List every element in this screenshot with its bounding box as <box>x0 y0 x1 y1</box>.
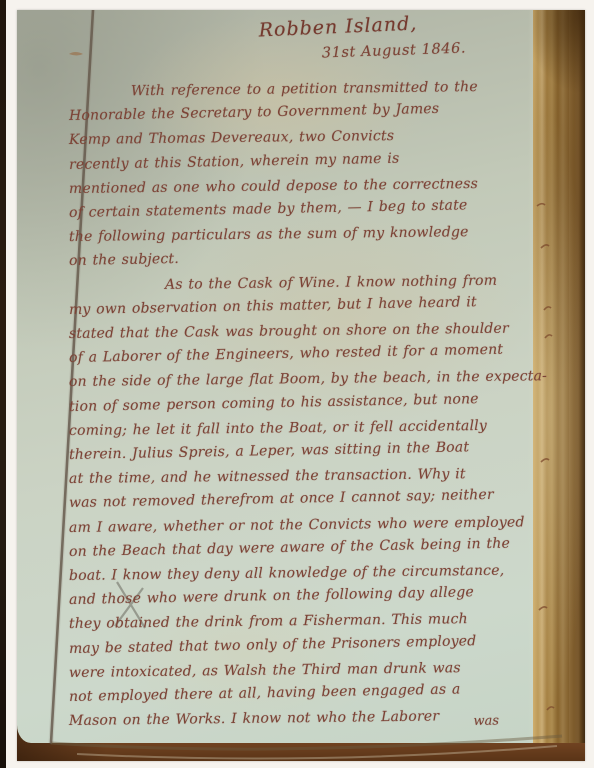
paragraph: With reference to a petition transmitted… <box>69 80 527 274</box>
manuscript-body: With reference to a petition transmitted… <box>69 80 527 733</box>
paragraph: As to the Cask of Wine. I know nothing f… <box>69 274 527 734</box>
scanned-photo-page: Robben Island, 31st August 1846. With re… <box>0 0 594 768</box>
scan-edge-strip <box>0 0 6 768</box>
manuscript-photo: Robben Island, 31st August 1846. With re… <box>17 10 585 761</box>
